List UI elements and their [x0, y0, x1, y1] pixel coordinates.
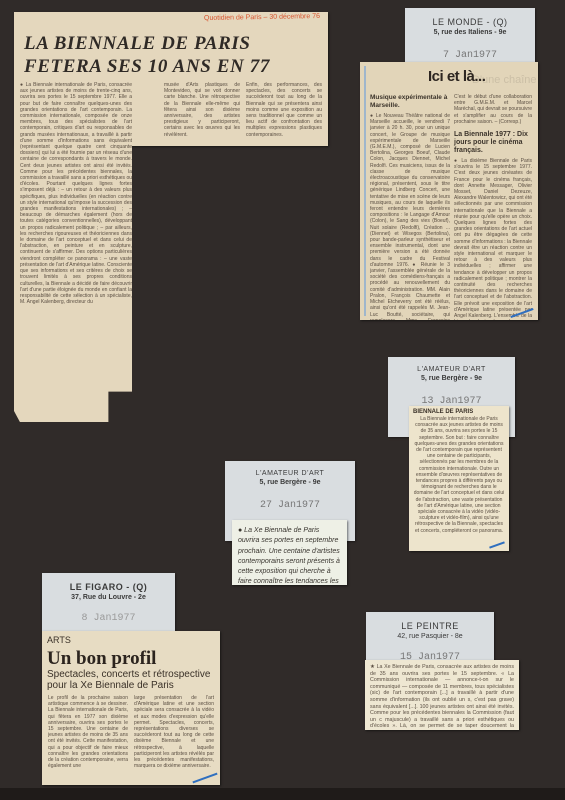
publication-name: LE FIGARO - (Q) — [42, 582, 175, 592]
publication-address: 42, rue Pasquier - 8e — [366, 633, 494, 640]
headline: BIENNALE DE PARIS — [409, 406, 509, 416]
article-column-3: Enfin, des performances, des spectacles,… — [246, 82, 322, 138]
publication-name: LE MONDE - (Q) — [405, 17, 535, 27]
publication-address: 5, rue des Italiens - 9e — [405, 29, 535, 36]
clipping-quotidien-de-paris-continued: ● La Biennale internationale de Paris, c… — [14, 146, 132, 422]
publication-name: LE PEINTRE — [366, 621, 494, 631]
article-intro: C'est le début d'une collaboration entre… — [454, 94, 532, 125]
publication-address: 5, rue Bergère - 9e — [388, 375, 515, 382]
blue-pen-mark — [489, 541, 505, 548]
clipping-le-monde: D'une chaîne Ici et là... Musique expéri… — [360, 62, 538, 320]
clipping-le-peintre: ★ La Xe Biennale de Paris, consacrée aux… — [365, 660, 519, 730]
clipping-date: 27 Jan1977 — [225, 500, 355, 511]
column-left: Musique expérimentale à Marseille. ● Le … — [370, 94, 450, 320]
clipping-amateur-dart-13: BIENNALE DE PARIS La Biennale internatio… — [409, 406, 509, 551]
clipping-date: 7 Jan1977 — [405, 50, 535, 61]
subheading: Musique expérimentale à Marseille. — [370, 94, 450, 110]
article-column-2: musée d'Arts plastiques de Montevideo, q… — [164, 82, 240, 138]
publication-address: 37, Rue du Louvre - 2e — [42, 594, 175, 601]
article-body: ★ La Xe Biennale de Paris, consacrée aux… — [365, 660, 519, 730]
blue-margin-line — [364, 66, 366, 316]
article-body: ● La Xe Biennale de Paris ouvrira ses po… — [232, 520, 347, 585]
article-body: ● La dixième Biennale de Paris s'ouvrira… — [454, 158, 532, 320]
article-body: La Biennale internationale de Paris cons… — [409, 416, 509, 534]
article-column-2: large présentation de l'art d'Amérique l… — [134, 695, 214, 783]
publication-name: L'AMATEUR D'ART — [388, 366, 515, 373]
section-label: ARTS — [47, 635, 71, 645]
handwritten-source-note: Quotidien de Paris – 30 décembre 76 — [204, 13, 320, 22]
publication-name: L'AMATEUR D'ART — [225, 470, 355, 477]
headline: LA BIENNALE DE PARIS FETERA SES 10 ANS E… — [24, 32, 270, 78]
headline: Ici et là... — [428, 68, 485, 85]
headline: Un bon profil — [47, 648, 156, 670]
article-column-1: ● La Biennale internationale de Paris, c… — [20, 146, 132, 305]
subheading: La Biennale 1977 : Dix jours pour le cin… — [454, 131, 532, 155]
clipping-amateur-dart-27: ● La Xe Biennale de Paris ouvrira ses po… — [232, 520, 347, 585]
article-column-1-top: ● La Biennale internationale de Paris, c… — [20, 82, 132, 146]
publication-address: 5, rue Bergère - 9e — [225, 479, 355, 486]
clipping-date: 8 Jan1977 — [42, 613, 175, 624]
press-slip-le-figaro: LE FIGARO - (Q) 37, Rue du Louvre - 2e 8… — [42, 573, 175, 635]
clipping-quotidien-de-paris: Quotidien de Paris – 30 décembre 76 LA B… — [14, 12, 328, 146]
scrapbook-page: Quotidien de Paris – 30 décembre 76 LA B… — [0, 0, 565, 800]
clipping-le-figaro: ARTS Un bon profil Spectacles, concerts … — [42, 631, 220, 785]
article-body: ● Le Nouveau Théâtre national de Marseil… — [370, 113, 450, 320]
deck: Spectacles, concerts et rétrospective po… — [47, 669, 220, 691]
article-column-1: Le profil de la prochaine saison artisti… — [48, 695, 128, 783]
press-slip-le-monde: LE MONDE - (Q) 5, rue des Italiens - 9e … — [405, 8, 535, 68]
column-right: C'est le début d'une collaboration entre… — [454, 94, 532, 320]
